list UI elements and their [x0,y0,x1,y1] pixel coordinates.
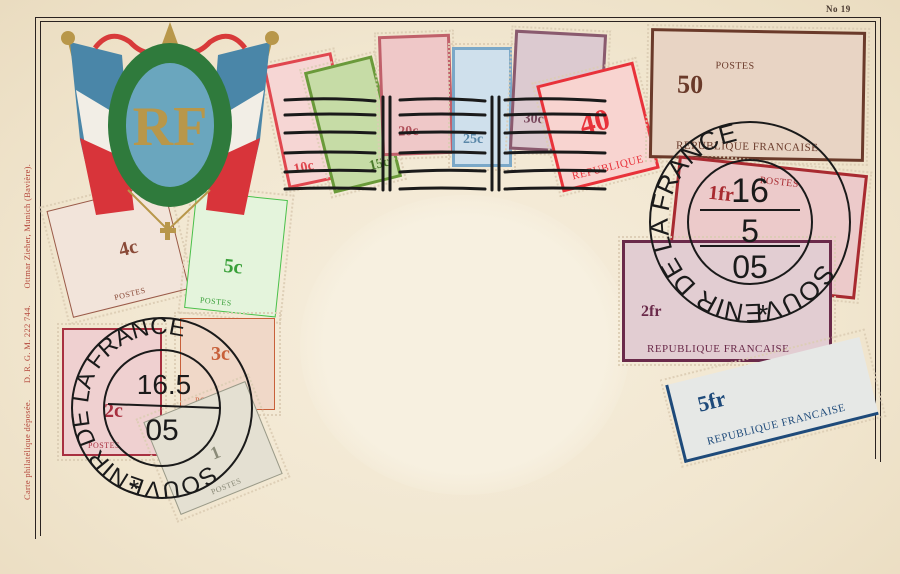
postcard: No 19 Carte philatélique déposée. D. R. … [0,0,900,574]
postmark-left-date: 16.5 [137,369,192,400]
rf-monogram: RF [133,96,208,158]
postmark-right-star: * [758,299,769,330]
frame-left-inner [40,21,41,536]
registration-line: D. R. G. M. 222 744. [22,305,32,383]
machine-cancel-bars [280,95,620,195]
postmark-left-star: * [129,474,139,504]
frame-left [35,17,36,539]
postmark-left: SOUVENIR DE LA FRANCE 16.5 05 * [62,308,262,508]
catalog-number: No 19 [826,4,851,14]
postmark-right-month: 5 [741,213,759,249]
postmark-right-day: 16 [731,172,769,210]
postmark-left-year: 05 [145,414,178,447]
postmark-right-year: 05 [732,249,768,285]
publisher-side-text: Carte philatélique déposée. D. R. G. M. … [22,150,32,500]
publisher-line: Ottmar Zieher, Munich (Bavière). [22,164,32,289]
blank-oval-area [300,195,630,495]
flags-emblem: RF [50,10,290,250]
fleur-finials [61,22,279,45]
postmark-right: SOUVENIR DE LA FRANCE 16 5 05 * [640,112,860,332]
type-line: Carte philatélique déposée. [22,400,32,500]
